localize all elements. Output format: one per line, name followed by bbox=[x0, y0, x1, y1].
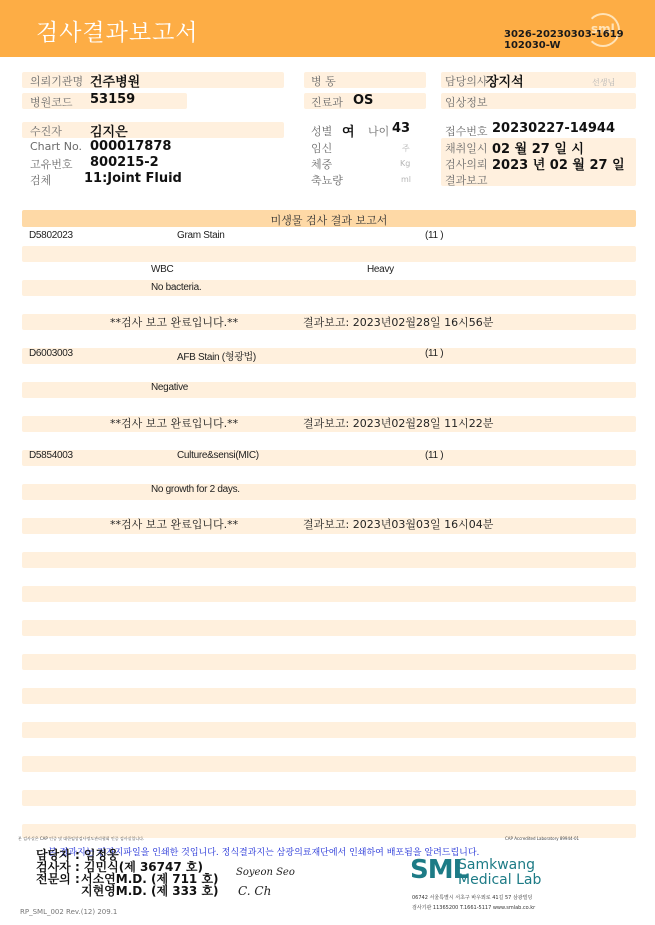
finding-item: No bacteria. bbox=[151, 282, 201, 293]
department-value: OS bbox=[353, 93, 373, 108]
report-header: 검사결과보고서 sml 3026-20230303-1619 102030-W bbox=[0, 0, 655, 57]
hospital-code-label: 병원코드 bbox=[30, 94, 73, 110]
report-time: 결과보고: 2023년02월28일 16시56분 bbox=[303, 314, 493, 330]
sex-label: 성별 bbox=[311, 123, 332, 139]
collection-label: 채취일시 bbox=[445, 140, 488, 156]
test-code: D5854003 bbox=[29, 450, 73, 461]
age-label: 나이 bbox=[368, 123, 389, 139]
finding-value: Heavy bbox=[367, 264, 394, 275]
specimen-label: 검체 bbox=[30, 172, 51, 188]
urine-label: 축뇨량 bbox=[311, 172, 343, 188]
pregnancy-unit: 주 bbox=[402, 143, 410, 154]
clinical-info-label: 임상정보 bbox=[445, 94, 488, 110]
test-specimen-no: (11 ) bbox=[425, 450, 443, 461]
specialist-2: 지현영M.D. (제 333 호) bbox=[81, 885, 219, 898]
institution-label: 의뢰기관명 bbox=[30, 73, 83, 89]
chart-no-label: Chart No. bbox=[30, 140, 82, 153]
urine-unit: ml bbox=[401, 175, 411, 184]
hospital-code-value: 53159 bbox=[90, 92, 135, 107]
report-status: **검사 보고 완료입니다.** bbox=[110, 415, 238, 431]
lab-name: Samkwang Medical Lab bbox=[458, 858, 541, 888]
test-specimen-no: (11 ) bbox=[425, 348, 443, 359]
sex-value: 여 bbox=[342, 121, 355, 140]
request-value: 2023 년 02 월 27 일 bbox=[492, 154, 625, 173]
age-value: 43 bbox=[392, 121, 410, 136]
patient-value: 김지은 bbox=[90, 121, 128, 140]
patient-label: 수진자 bbox=[30, 123, 62, 139]
specimen-value: 11:Joint Fluid bbox=[84, 171, 182, 186]
institution-value: 건주병원 bbox=[90, 71, 140, 90]
receipt-no-label: 접수번호 bbox=[445, 123, 488, 139]
test-name: AFB Stain (형광법) bbox=[177, 348, 256, 363]
lab-address: 06742 서울특별시 서초구 바우뫼로 41길 57 삼광빌딩 검사기관 11… bbox=[412, 893, 535, 913]
unique-no-label: 고유번호 bbox=[30, 156, 73, 172]
report-status: **검사 보고 완료입니다.** bbox=[110, 516, 238, 532]
report-time: 결과보고: 2023년03월03일 16시04분 bbox=[303, 516, 493, 532]
test-name: Gram Stain bbox=[177, 230, 225, 241]
report-status: **검사 보고 완료입니다.** bbox=[110, 314, 238, 330]
weight-label: 체중 bbox=[311, 156, 332, 172]
doctor-value: 장지석 bbox=[486, 71, 524, 90]
form-code: RP_SML_002 Rev.(12) 209.1 bbox=[20, 908, 117, 916]
signature-1: Soyeon Seo bbox=[236, 867, 295, 878]
report-time: 결과보고: 2023년02월28일 11시22분 bbox=[303, 415, 493, 431]
request-label: 검사의뢰 bbox=[445, 156, 488, 172]
section-title: 미생물 검사 결과 보고서 bbox=[22, 212, 636, 228]
finding-item: No growth for 2 days. bbox=[151, 484, 240, 495]
receipt-no-value: 20230227-14944 bbox=[492, 121, 615, 136]
report-code: 3026-20230303-1619 102030-W bbox=[504, 29, 624, 51]
specialist-label: 전문의 : bbox=[36, 873, 80, 886]
test-code: D5802023 bbox=[29, 230, 73, 241]
result-report-label: 결과보고 bbox=[445, 172, 488, 188]
test-code: D6003003 bbox=[29, 348, 73, 359]
weight-unit: Kg bbox=[400, 159, 410, 168]
accreditation-note: 본 검사실은 CAP 인증 및 대한임상검사정도관리협회 인증 검사실입니다. bbox=[18, 836, 144, 842]
signature-2: C. Ch bbox=[238, 884, 271, 898]
cap-number: CAP Accredited Laboratory 89944-01 bbox=[505, 836, 579, 841]
finding-item: WBC bbox=[151, 264, 173, 275]
ward-label: 병 동 bbox=[311, 73, 336, 89]
chart-no-value: 000017878 bbox=[90, 139, 171, 154]
report-title: 검사결과보고서 bbox=[36, 14, 199, 47]
doctor-suffix: 선생님 bbox=[592, 77, 615, 88]
finding-item: Negative bbox=[151, 382, 188, 393]
pregnancy-label: 임신 bbox=[311, 140, 332, 156]
unique-no-value: 800215-2 bbox=[90, 155, 159, 170]
test-specimen-no: (11 ) bbox=[425, 230, 443, 241]
department-label: 진료과 bbox=[311, 94, 343, 110]
test-name: Culture&sensi(MIC) bbox=[177, 450, 259, 461]
doctor-label: 담당의사 bbox=[445, 73, 488, 89]
